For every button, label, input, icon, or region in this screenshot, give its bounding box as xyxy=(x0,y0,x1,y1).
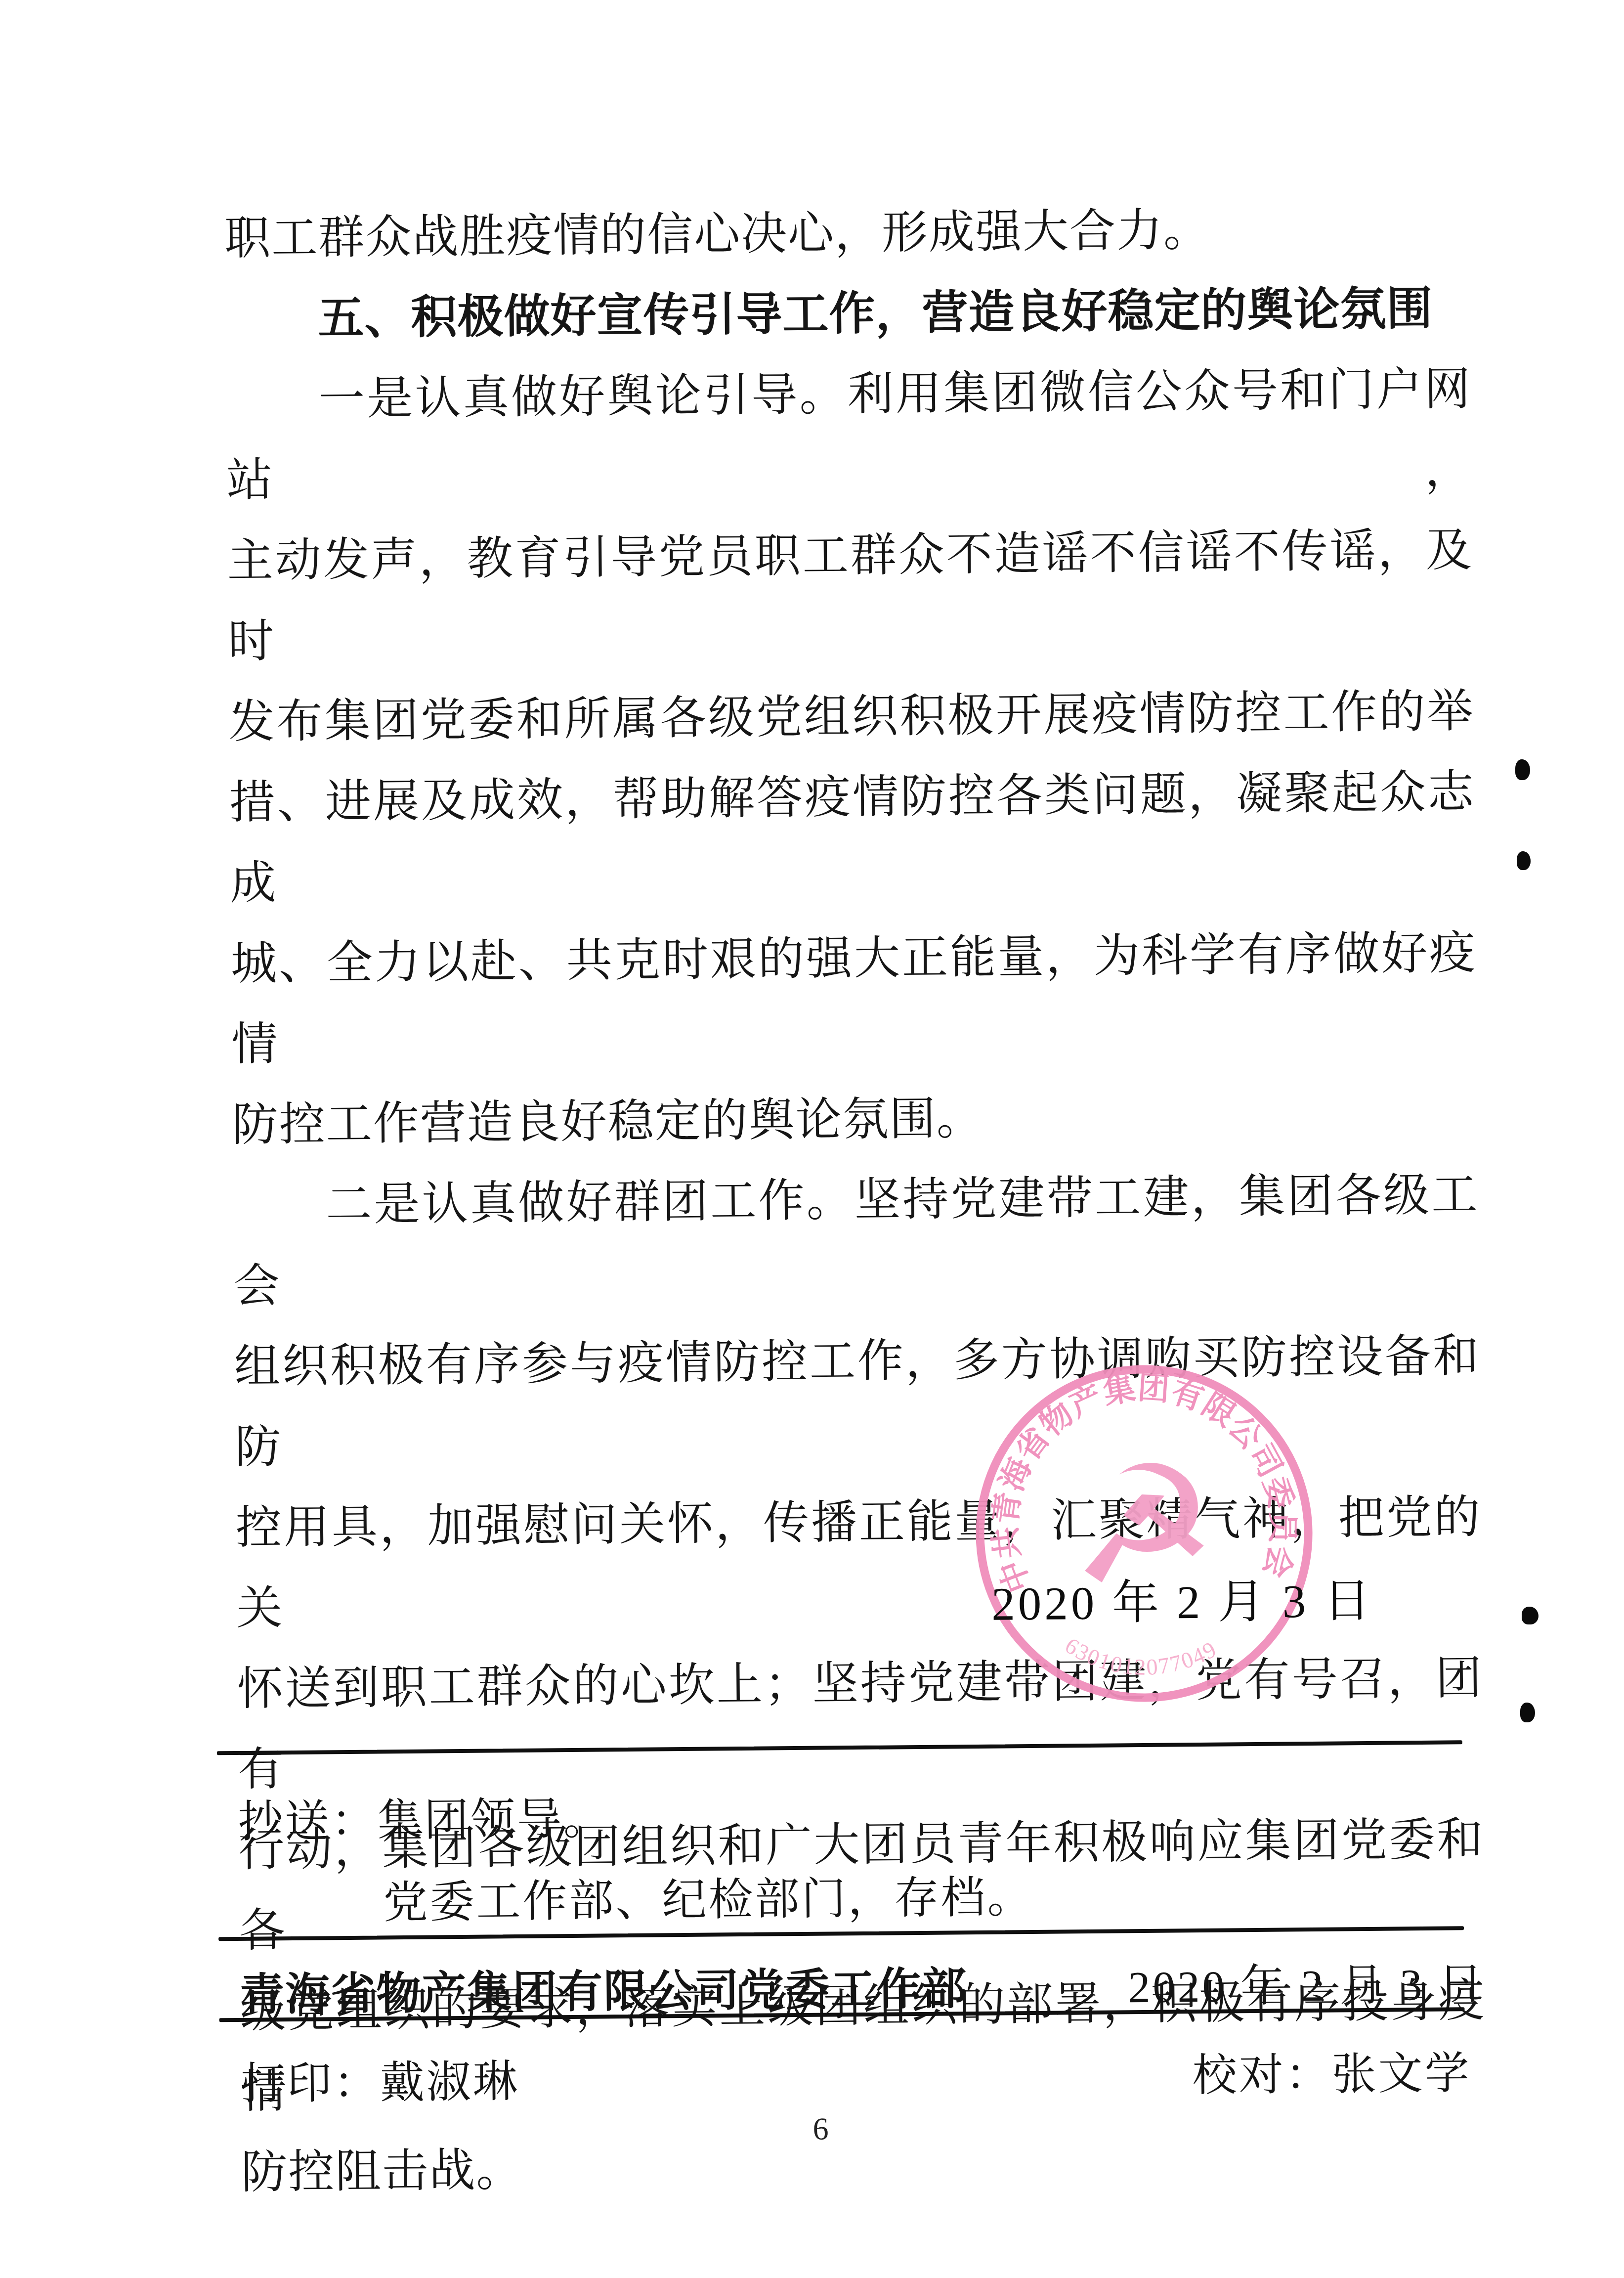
section-heading-line: 五、积极做好宣传引导工作，营造良好稳定的舆论氛围 xyxy=(225,268,1471,360)
scan-tilt-wrapper: 职工群众战胜疫情的信心决心，形成强大合力。五、积极做好宣传引导工作，营造良好稳定… xyxy=(0,0,1624,2278)
ink-speck xyxy=(1520,1703,1535,1722)
body-line: 发布集团党委和所属各级党组织积极开展疫情防控工作的举 xyxy=(228,671,1474,763)
stamp-serial-number: 6301012077049 xyxy=(1061,1631,1221,1681)
print-row: 打印：戴淑琳 校对：张文学 xyxy=(240,2037,1471,2112)
svg-text:6301012077049: 6301012077049 xyxy=(1061,1631,1221,1681)
body-line: 防控工作营造良好稳定的舆论氛围。 xyxy=(232,1074,1478,1166)
cc-line: 抄送：集团领导。 xyxy=(238,1782,610,1850)
ink-speck xyxy=(1517,851,1531,870)
body-line: 主动发声，教育引导党员职工群众不造谣不信谣不传谣，及时 xyxy=(227,510,1474,682)
ink-speck xyxy=(1515,759,1530,780)
scanned-document-page: 职工群众战胜疫情的信心决心，形成强大合力。五、积极做好宣传引导工作，营造良好稳定… xyxy=(0,0,1624,2278)
body-line: 二是认真做好群团工作。坚持党建带工建，集团各级工会 xyxy=(233,1155,1480,1327)
cc-line-2: 党委工作部、纪检部门，存档。 xyxy=(383,1861,1034,1930)
party-committee-stamp: 中共青海省物产集团有限公司委员会 ☭ 6301012077049 xyxy=(970,1359,1319,1708)
body-line: 城、全力以赴、共克时艰的强大正能量，为科学有序做好疫情 xyxy=(230,913,1477,1085)
body-line: 措、进展及成效，帮助解答疫情防控各类问题，凝聚起众志成 xyxy=(229,752,1476,924)
ink-speck xyxy=(1522,1607,1539,1624)
issue-date: 2020 年 2 月 3 日 xyxy=(1128,1948,1486,2015)
body-line: 职工群众战胜疫情的信心决心，形成强大合力。 xyxy=(224,188,1470,279)
proofreader-name: 校对：张文学 xyxy=(1192,2037,1471,2103)
signature-date: 2020 年 2 月 3 日 xyxy=(991,1563,1374,1634)
body-line: 一是认真做好舆论引导。利用集团微信公众号和门户网站， xyxy=(225,349,1472,521)
printer-name: 打印：戴淑琳 xyxy=(240,2045,519,2112)
